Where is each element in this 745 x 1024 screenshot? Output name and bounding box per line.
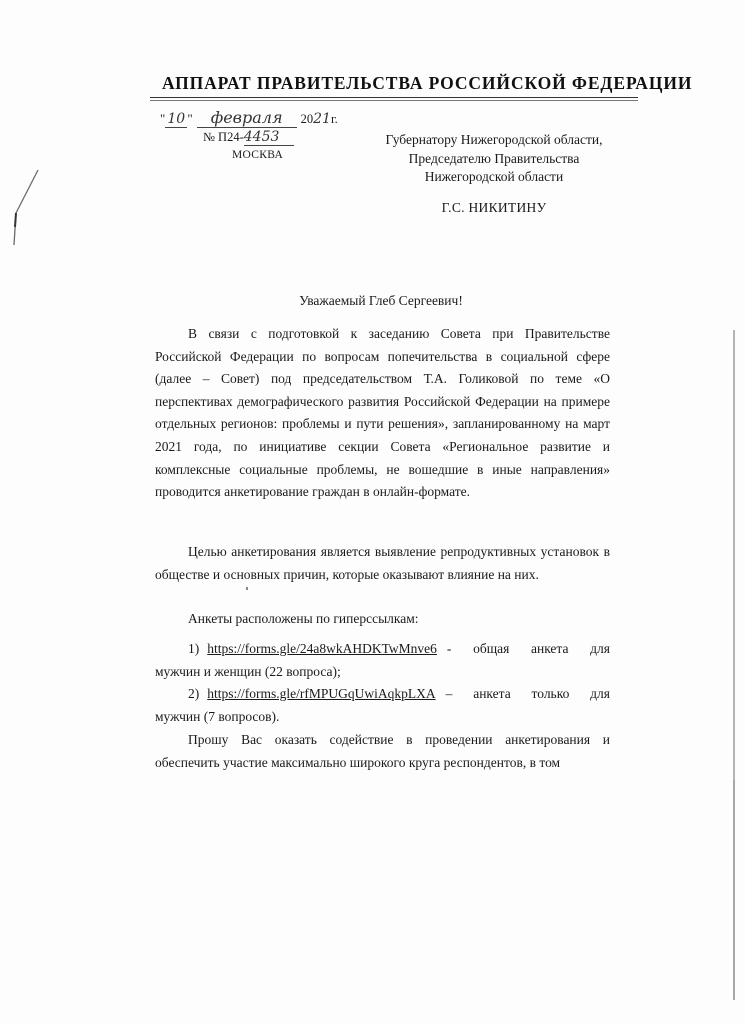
document-number-handwritten: 4453 [244,129,294,146]
scan-edge-shadow [733,330,735,800]
city: МОСКВА [232,149,283,161]
list-number: 2) [188,683,199,706]
paragraph-context: В связи с подготовкой к заседанию Совета… [155,323,610,504]
date-line: "10"февраля2021г. [160,108,370,128]
document-number-prefix: № П24- [203,130,244,144]
description-word: для [590,683,610,706]
paragraph-purpose: Целью анкетирования является выявление р… [155,541,610,586]
separator: – [446,683,453,706]
paragraph-request: Прошу Вас оказать содействие в проведени… [155,729,610,774]
organization-header: АППАРАТ ПРАВИТЕЛЬСТВА РОССИЙСКОЙ ФЕДЕРАЦ… [162,73,640,94]
scan-edge-shadow [733,780,735,1000]
addressee-line: Нижегородской области [368,168,620,187]
date-year-prefix: 20 [301,112,314,126]
description-word: анкета [473,683,511,706]
paragraph-links-intro: Анкеты расположены по гиперссылкам: [155,608,610,631]
description-word: только [532,683,570,706]
description-word: для [590,638,610,661]
description-word: анкета [531,638,569,661]
separator: - [447,638,452,661]
description-word: общая [473,638,509,661]
date-year-unit: г. [331,112,338,126]
survey-link-item: 2) https://forms.gle/rfMPUGqUwiAqkpLXA –… [155,683,610,728]
survey-link-general[interactable]: https://forms.gle/24a8wkAHDKTwMnve6 [207,638,437,661]
addressee-name: Г.С. НИКИТИНУ [368,200,620,216]
date-quote-close: " [187,111,192,126]
margin-pen-mark-icon [4,165,44,255]
link-description: мужчин и женщин (22 вопроса); [155,661,610,684]
addressee-line: Председателю Правительства [368,150,620,169]
addressee-block: Губернатору Нижегородской области, Предс… [368,131,620,187]
salutation: Уважаемый Глеб Сергеевич! [150,293,612,309]
survey-link-men[interactable]: https://forms.gle/rfMPUGqUwiAqkpLXA [207,683,435,706]
date-month-handwritten: февраля [197,108,297,128]
addressee-line: Губернатору Нижегородской области, [368,131,620,150]
scan-speck [246,587,248,590]
list-number: 1) [188,638,199,661]
document-number: № П24-4453 [203,129,294,146]
header-rule [150,97,638,98]
scanned-letter-page: АППАРАТ ПРАВИТЕЛЬСТВА РОССИЙСКОЙ ФЕДЕРАЦ… [0,0,745,1024]
date-day-handwritten: 10 [165,111,187,128]
survey-link-item: 1) https://forms.gle/24a8wkAHDKTwMnve6 -… [155,638,610,683]
date-year-handwritten: 21 [313,111,331,127]
link-description: мужчин (7 вопросов). [155,706,610,729]
header-rule-secondary [150,100,638,101]
